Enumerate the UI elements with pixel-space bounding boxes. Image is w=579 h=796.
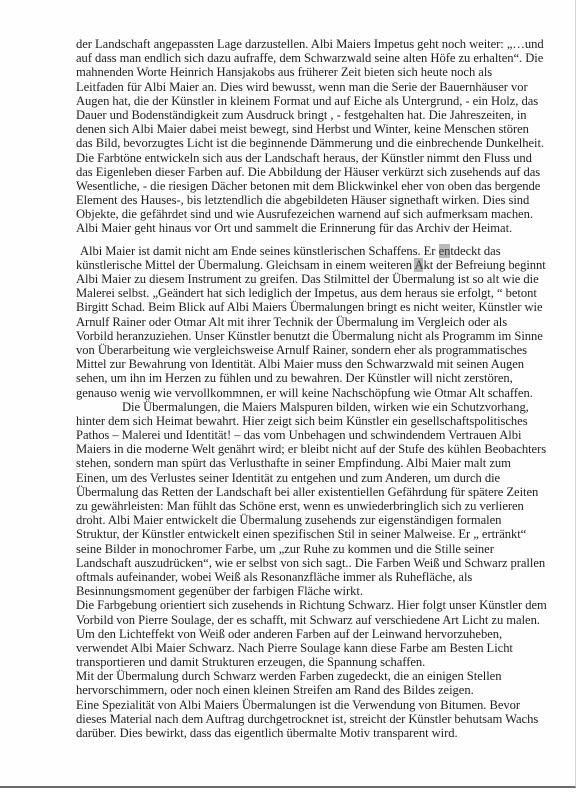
text-line: seine Bilder in monochromer Farbe, um „z…: [76, 542, 516, 556]
text-fragment: kt der Befreiung beginnt: [423, 258, 545, 272]
text-line: das Eigenleben dieser Farben auf. Die Ab…: [76, 165, 516, 179]
text-line: Einen, um des Verlustes seiner Identität…: [76, 471, 516, 485]
text-fragment: tdeckt das: [450, 244, 500, 258]
text-line: verwendet Albi Maier Schwarz. Nach Pierr…: [76, 641, 516, 655]
text-line: Maiers in die moderne Welt genährt wird;…: [76, 442, 516, 456]
text-line: hinter dem sich Heimat bewahrt. Hier zei…: [76, 414, 516, 428]
text-line: stehen, sondern man spürt das Verlusthaf…: [76, 456, 516, 470]
text-line: von Überarbeitung wie vergleichsweise Ar…: [76, 343, 516, 357]
text-line: genauso wenig wie vervollkommnen, er wil…: [76, 386, 516, 400]
text-line: Eine Spezialität von Albi Maiers Übermal…: [76, 698, 516, 712]
paragraph-3: Die Übermalungen, die Maiers Malspuren b…: [76, 400, 516, 599]
paragraph-4: Die Farbgebung orientiert sich zusehends…: [76, 598, 516, 669]
text-line: Übermalung das Retten der Landschaft bei…: [76, 485, 516, 499]
paragraph-6: Eine Spezialität von Albi Maiers Übermal…: [76, 698, 516, 741]
text-line: Mittel zur Bewahrung von Identität. Albi…: [76, 357, 516, 371]
text-line: Albi Maier ist damit nicht am Ende seine…: [76, 244, 516, 258]
scanned-page: der Landschaft angepassten Lage darzuste…: [0, 0, 576, 788]
text-line: Struktur, der Künstler entwickelt einen …: [76, 527, 516, 541]
text-line: Arnulf Rainer oder Otmar Alt mit ihrer T…: [76, 315, 516, 329]
text-line: dieses Material nach dem Auftrag durchge…: [76, 712, 516, 726]
text-line: mahnenden Worte Heinrich Hansjakobs aus …: [76, 65, 516, 79]
text-line: Die Farbtöne entwickeln sich aus der Lan…: [76, 151, 516, 165]
text-line: darüber. Dies bewirkt, dass das eigentli…: [76, 726, 516, 740]
text-line: oftmals aufeinander, wobei Weiß als Reso…: [76, 570, 516, 584]
text-line: auf dass man endlich sich dazu aufraffe,…: [76, 51, 516, 65]
text-line: der Landschaft angepassten Lage darzuste…: [76, 37, 516, 51]
paragraph-5: Mit der Übermalung durch Schwarz werden …: [76, 669, 516, 697]
text-line: Vorbild von Pierre Soulage, der es schaf…: [76, 613, 516, 627]
text-line: droht. Albi Maier entwickelt die Übermal…: [76, 513, 516, 527]
text-line: Element des Hauses-, bis letztendlich di…: [76, 193, 516, 207]
text-line: denen sich Albi Maier dabei meist bewegt…: [76, 122, 516, 136]
text-line: Vorbild heranzuziehen. Unser Künstler be…: [76, 329, 516, 343]
text-line: zu gewährleisten: Man fühlt das Schöne e…: [76, 499, 516, 513]
text-fragment: Albi Maier ist damit nicht am Ende seine…: [80, 244, 439, 258]
text-line: künstlerische Mittel der Übermalung. Gle…: [76, 258, 516, 272]
text-line: Landschaft auszudrücken“, wie er selbst …: [76, 556, 516, 570]
paragraph-1: der Landschaft angepassten Lage darzuste…: [76, 37, 516, 236]
text-line: sehen, um ihn im Herzen zu fühlen und zu…: [76, 371, 516, 385]
text-line: Die Übermalungen, die Maiers Malspuren b…: [76, 400, 516, 414]
text-line: Um den Lichteffekt von Weiß oder anderen…: [76, 627, 516, 641]
text-line: Albi Maier zu diesem Instrument zu greif…: [76, 272, 516, 286]
text-line: Pathos – Malerei und Identität! – das vo…: [76, 428, 516, 442]
paragraph-2: Albi Maier ist damit nicht am Ende seine…: [76, 244, 516, 400]
scan-smudge: en: [439, 244, 451, 258]
text-line: Mit der Übermalung durch Schwarz werden …: [76, 669, 516, 683]
text-fragment: Die Übermalungen, die Maiers Malspuren b…: [122, 400, 529, 414]
text-line: Die Farbgebung orientiert sich zusehends…: [76, 598, 516, 612]
text-fragment: künstlerische Mittel der Übermalung. Gle…: [76, 258, 414, 272]
document-body: der Landschaft angepassten Lage darzuste…: [76, 37, 516, 740]
text-line: hervorschimmern, oder noch einen kleinen…: [76, 683, 516, 697]
text-line: Leitfaden für Albi Maier an. Dies wird b…: [76, 80, 516, 94]
text-line: Besinnungsmoment gegenüber der farbigen …: [76, 584, 516, 598]
text-line: Dauer und Bodenständigkeit zum Ausdruck …: [76, 108, 516, 122]
text-line: Albi Maier geht hinaus vor Ort und samme…: [76, 221, 516, 235]
text-line: transportieren und damit Strukturen erze…: [76, 655, 516, 669]
text-line: Wesentliche, - die riesigen Dächer beton…: [76, 179, 516, 193]
text-line: Augen hat, die der Künstler in kleinem F…: [76, 94, 516, 108]
text-line: Malerei selbst. „Geändert hat sich ledig…: [76, 286, 516, 300]
text-line: Birgitt Schad. Beim Blick auf Albi Maier…: [76, 300, 516, 314]
text-line: das Bild, bevorzugtes Licht ist die begi…: [76, 136, 516, 150]
text-line: Objekte, die gefährdet sind und wie Ausr…: [76, 207, 516, 221]
paragraph-spacer: [76, 236, 516, 244]
